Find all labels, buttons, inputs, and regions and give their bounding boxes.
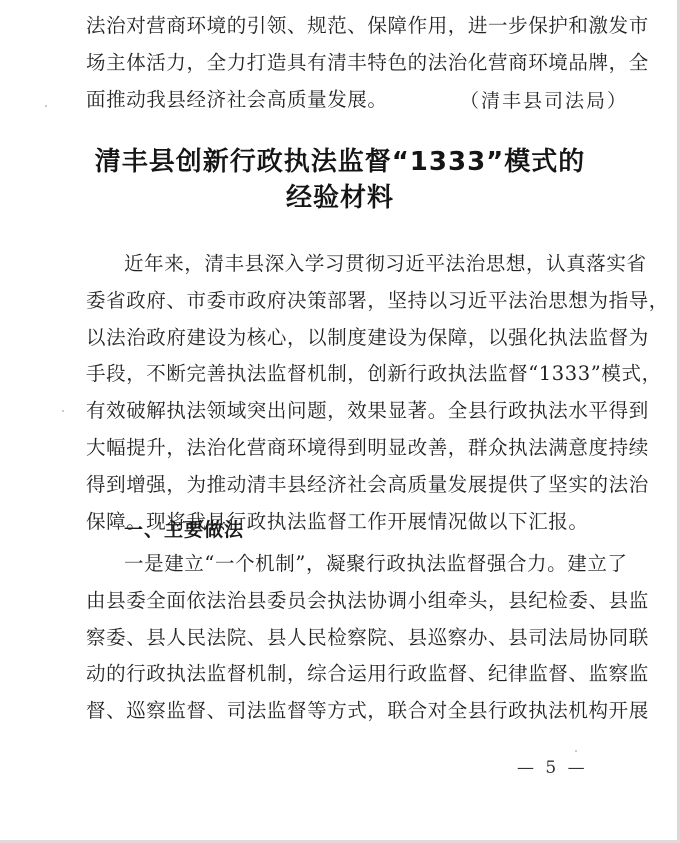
scan-artifact (62, 410, 64, 412)
article-title-line-1: 清丰县创新行政执法监督“1333”模式的 (0, 146, 680, 178)
text-line: 场主体活力，全力打造具有清丰特色的法治化营商环境品牌，全 (86, 51, 596, 75)
text-line: 得到增强，为推动清丰县经济社会高质量发展提供了坚实的法治 (86, 473, 596, 497)
text-line: 一是建立“一个机制”，凝聚行政执法监督强合力。建立了 (124, 552, 596, 576)
page-number: — 5 — (517, 758, 588, 778)
scan-artifact (45, 105, 47, 107)
document-page: 法治对营商环境的引领、规范、保障作用，进一步保护和激发市 场主体活力，全力打造具… (0, 0, 680, 843)
text-line: 委省政府、市委市政府决策部署，坚持以习近平法治思想为指导， (86, 289, 596, 313)
text-line: 大幅提升，法治化营商环境得到明显改善，群众执法满意度持续 (86, 436, 596, 460)
text-line: 手段，不断完善执法监督机制，创新行政执法监督“1333”模式， (86, 362, 596, 386)
text-line: 察委、县人民法院、县人民检察院、县巡察办、县司法局协同联 (86, 626, 596, 650)
scan-artifact (575, 750, 577, 752)
text-line: 以法治政府建设为核心，以制度建设为保障，以强化执法监督为 (86, 326, 596, 350)
text-line: 由县委全面依法治县委员会执法协调小组牵头，县纪检委、县监 (86, 589, 596, 613)
text-line: 督、巡察监督、司法监督等方式，联合对全县行政执法机构开展 (86, 699, 596, 723)
text-line: 动的行政执法监督机制，综合运用行政监督、纪律监督、监察监 (86, 662, 596, 686)
text-line: 有效破解执法领域突出问题，效果显著。全县行政执法水平得到 (86, 399, 596, 423)
text-line: 近年来，清丰县深入学习贯彻习近平法治思想，认真落实省 (124, 252, 596, 276)
text-line: 法治对营商环境的引领、规范、保障作用，进一步保护和激发市 (86, 14, 596, 38)
section-heading: 一、主要做法 (124, 515, 244, 542)
article-title-line-2: 经验材料 (0, 182, 680, 214)
text-line: 面推动我县经济社会高质量发展。 (86, 88, 388, 112)
article-source: （清丰县司法局） (460, 86, 628, 113)
